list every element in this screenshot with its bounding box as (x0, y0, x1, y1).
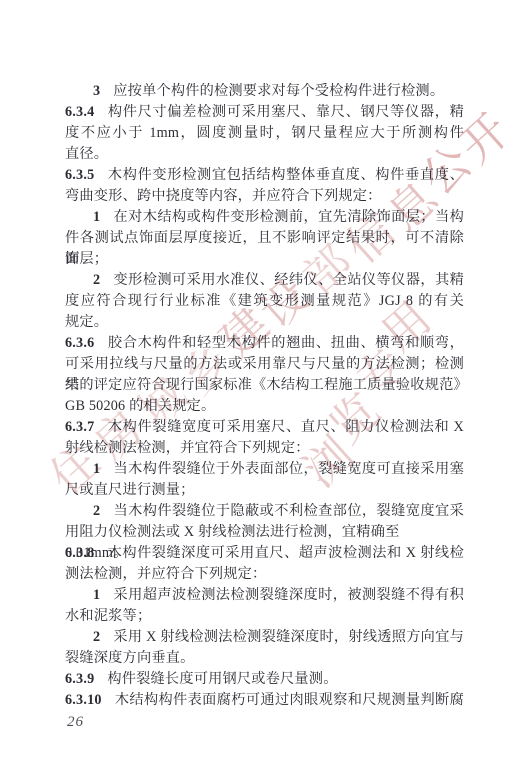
clause-text: 度不应小于 1mm，圆度测量时，钢尺量程应大于所测构件 (65, 125, 464, 141)
clause-number: 1 (93, 209, 100, 225)
text-line: 6.3.5木构件变形检测宜包括结构整体垂直度、构件垂直度、 (65, 165, 464, 186)
text-line: 1当木构件裂缝位于外表面部位，裂缝宽度可直接采用塞 (65, 459, 464, 480)
clause-text: 当木构件裂缝位于隐蔽或不利检查部位，裂缝宽度宜采 (113, 503, 464, 519)
document-text-block: 3应按单个构件的检测要求对每个受检构件进行检测。6.3.4构件尺寸偏差检测可采用… (65, 81, 464, 711)
clause-text: 弯曲变形、跨中挠度等内容，并应符合下列规定： (65, 188, 382, 204)
text-line: 3应按单个构件的检测要求对每个受检构件进行检测。 (65, 81, 464, 102)
text-line: 件各测试点饰面层厚度接近，且不影响评定结果时，可不清除饰 (65, 228, 464, 249)
clause-text: 直径。 (65, 146, 108, 162)
clause-number: 6.3.4 (65, 104, 94, 120)
clause-number: 6.3.7 (65, 419, 94, 435)
clause-text: 在对木结构或构件变形检测前，宜先清除饰面层；当构 (113, 209, 464, 225)
clause-text: 射线检测法检测，并宜符合下列规定： (65, 440, 310, 456)
clause-text: 木结构构件表面腐朽可通过肉眼观察和尺规测量判断腐 (115, 692, 464, 708)
clause-text: 胶合木构件和轻型木构件的翘曲、扭曲、横弯和顺弯， (107, 335, 464, 351)
clause-text: 木构件变形检测宜包括结构整体垂直度、构件垂直度、 (107, 167, 464, 183)
text-line: 度不应小于 1mm，圆度测量时，钢尺量程应大于所测构件 (65, 123, 464, 144)
clause-text: 裂缝深度方向垂直。 (65, 650, 195, 666)
clause-text: 采用 X 射线检测法检测裂缝深度时，射线透照方向宜与 (113, 629, 464, 645)
clause-number: 2 (93, 272, 100, 288)
text-line: GB 50206 的相关规定。 (65, 396, 464, 417)
text-line: 规定。 (65, 312, 464, 333)
clause-text: GB 50206 的相关规定。 (65, 398, 215, 414)
text-line: 2变形检测可采用水准仪、经纬仪、全站仪等仪器，其精 (65, 270, 464, 291)
text-line: 射线检测法检测，并宜符合下列规定： (65, 438, 464, 459)
clause-text: 采用超声波检测法检测裂缝深度时，被测裂缝不得有积 (113, 587, 464, 603)
clause-number: 1 (93, 461, 100, 477)
text-line: 6.3.10木结构构件表面腐朽可通过肉眼观察和尺规测量判断腐 (65, 690, 464, 711)
clause-text: 构件裂缝长度可用钢尺或卷尺量测。 (107, 671, 337, 687)
document-page: 住房城乡建设部信息公开浏览专用 3应按单个构件的检测要求对每个受检构件进行检测。… (0, 0, 529, 766)
clause-number: 6.3.5 (65, 167, 94, 183)
clause-text: 面层； (65, 251, 108, 267)
clause-number: 2 (93, 629, 100, 645)
text-line: 弯曲变形、跨中挠度等内容，并应符合下列规定： (65, 186, 464, 207)
text-line: 6.3.4构件尺寸偏差检测可采用塞尺、靠尺、钢尺等仪器，精 (65, 102, 464, 123)
clause-text: 果的评定应符合现行国家标准《木结构工程施工质量验收规范》 (65, 377, 468, 393)
page-number: 26 (67, 714, 84, 731)
clause-text: 测法检测，并应符合下列规定： (65, 566, 266, 582)
text-line: 裂缝深度方向垂直。 (65, 648, 464, 669)
text-line: 6.3.7木构件裂缝宽度可采用塞尺、直尺、阻力仪检测法和 X (65, 417, 464, 438)
clause-text: 水和泥浆等； (65, 608, 151, 624)
text-line: 直径。 (65, 144, 464, 165)
clause-text: 木构件裂缝宽度可采用塞尺、直尺、阻力仪检测法和 X (107, 419, 464, 435)
text-line: 果的评定应符合现行国家标准《木结构工程施工质量验收规范》 (65, 375, 464, 396)
clause-number: 6.3.6 (65, 335, 94, 351)
text-line: 6.3.9构件裂缝长度可用钢尺或卷尺量测。 (65, 669, 464, 690)
text-line: 1采用超声波检测法检测裂缝深度时，被测裂缝不得有积 (65, 585, 464, 606)
clause-number: 6.3.8 (65, 545, 94, 561)
clause-number: 6.3.10 (65, 692, 102, 708)
clause-number: 3 (93, 83, 100, 99)
clause-text: 应按单个构件的检测要求对每个受检构件进行检测。 (113, 83, 444, 99)
clause-text: 度应符合现行行业标准《建筑变形测量规范》JGJ 8 的有关 (65, 293, 464, 309)
text-line: 度应符合现行行业标准《建筑变形测量规范》JGJ 8 的有关 (65, 291, 464, 312)
clause-text: 尺或直尺进行测量； (65, 482, 195, 498)
text-line: 6.3.6胶合木构件和轻型木构件的翘曲、扭曲、横弯和顺弯， (65, 333, 464, 354)
clause-number: 2 (93, 503, 100, 519)
clause-text: 当木构件裂缝位于外表面部位，裂缝宽度可直接采用塞 (113, 461, 464, 477)
text-line: 测法检测，并应符合下列规定： (65, 564, 464, 585)
clause-text: 变形检测可采用水准仪、经纬仪、全站仪等仪器，其精 (113, 272, 464, 288)
text-line: 2当木构件裂缝位于隐蔽或不利检查部位，裂缝宽度宜采 (65, 501, 464, 522)
text-line: 6.3.8木构件裂缝深度可采用直尺、超声波检测法和 X 射线检 (65, 543, 464, 564)
clause-text: 规定。 (65, 314, 108, 330)
text-line: 尺或直尺进行测量； (65, 480, 464, 501)
text-line: 可采用拉线与尺量的方法或采用靠尺与尺量的方法检测；检测结 (65, 354, 464, 375)
text-line: 面层； (65, 249, 464, 270)
clause-text: 木构件裂缝深度可采用直尺、超声波检测法和 X 射线检 (107, 545, 464, 561)
clause-text: 构件尺寸偏差检测可采用塞尺、靠尺、钢尺等仪器，精 (107, 104, 464, 120)
text-line: 1在对木结构或构件变形检测前，宜先清除饰面层；当构 (65, 207, 464, 228)
clause-number: 6.3.9 (65, 671, 94, 687)
text-line: 水和泥浆等； (65, 606, 464, 627)
clause-number: 1 (93, 587, 100, 603)
text-line: 2采用 X 射线检测法检测裂缝深度时，射线透照方向宜与 (65, 627, 464, 648)
text-line: 用阻力仪检测法或 X 射线检测法进行检测，宜精确至 0.01mm。 (65, 522, 464, 543)
